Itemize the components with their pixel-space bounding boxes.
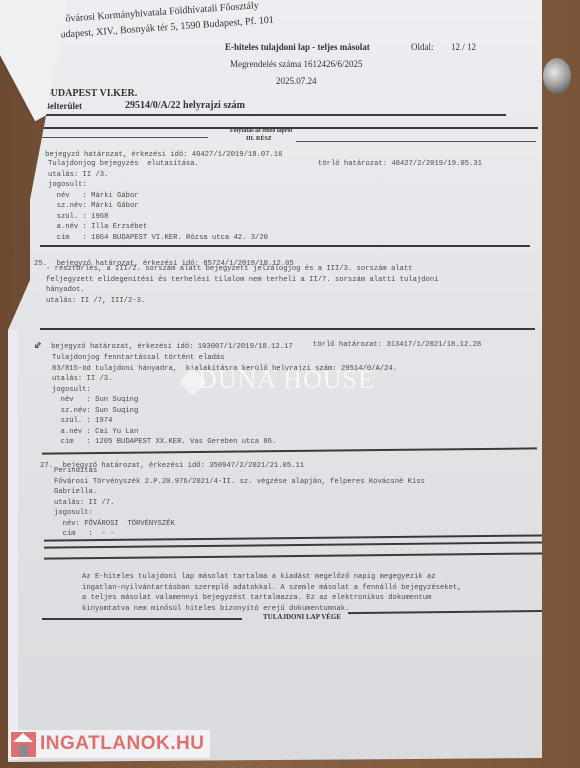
entry: ⬃ bejegyző határozat, érkezési idő: 1030…	[34, 335, 293, 353]
entry-line: feljegyzett elidegenítési és terhelési t…	[46, 275, 439, 286]
arrow-mark-icon: ⬃	[28, 149, 36, 159]
entry-line: utalás: II /7, III/2-3.	[46, 296, 439, 307]
ingatlanok-logo: INGATLANOK.HU	[10, 730, 210, 758]
section-name: III. RÉSZ	[246, 136, 272, 142]
entry-number: 25.	[34, 260, 47, 268]
watermark: DUNA HOUSE	[198, 365, 375, 395]
entry-line: - résztörlés, a III/2. sorszám alatt bej…	[46, 264, 439, 275]
entry-number: 27.	[40, 462, 53, 470]
entry-line: Fővárosi Törvényszék 2.P.20.976/2021/4-I…	[54, 477, 425, 488]
entry-line: név : Sun Suqing	[52, 395, 397, 406]
divider	[36, 114, 506, 116]
page-label: Oldal:	[411, 42, 434, 52]
divider	[44, 552, 554, 559]
document-page: Fővárosi Kormányhivatala Földhivatali Fő…	[8, 0, 542, 762]
document-date: 2025.07.24	[276, 76, 317, 86]
entry-line: jogosult:	[48, 180, 268, 191]
document-title: E-hiteles tulajdoni lap - teljes másolat	[225, 42, 370, 52]
footer-line: ingatlan-nyilvántartásban szereplő adato…	[82, 583, 462, 594]
entry-line: szül. : 1968	[48, 212, 268, 223]
area-type: Belterület	[44, 101, 82, 111]
entry-heading: bejegyző határozat, érkezési idő: 103007…	[51, 343, 293, 351]
entry-line: sz.név: Márki Gábor	[48, 201, 268, 212]
entry-line: Gabriella.	[54, 487, 425, 498]
district: BUDAPEST VI.KER.	[44, 88, 137, 99]
order-number: Megrendelés száma 1612426/6/2025	[230, 59, 362, 69]
logo-text: INGATLANOK.HU	[40, 733, 204, 755]
entry-body: Perindítás Fővárosi Törvényszék 2.P.20.9…	[54, 466, 425, 540]
arrow-mark-icon: ⬃	[34, 341, 42, 351]
entry-line: utalás: II /7.	[54, 498, 425, 509]
entry-line: név: FŐVÁROSI TÖRVÉNYSZÉK	[54, 519, 425, 530]
divider	[40, 245, 530, 247]
divider	[44, 541, 554, 548]
entry-line: a.név : Cai Yu Lan	[52, 427, 397, 438]
divider	[42, 618, 242, 620]
entry-heading: bejegyző határozat, érkezési idő: 40427/…	[45, 151, 282, 159]
entry-line: név : Márki Gábor	[48, 191, 268, 202]
divider	[38, 137, 208, 138]
deleting-decision: törlő határozat: 40427/2/2019/19.05.31	[318, 159, 482, 170]
entry-line: szül. : 1974	[52, 416, 397, 427]
entry-body: Tulajdonjog bejegyzés elutasítása. utalá…	[48, 159, 268, 243]
entry-line: hányadot.	[46, 285, 439, 296]
divider	[40, 328, 535, 330]
paper-edge	[8, 330, 18, 760]
entry-body: - résztörlés, a III/2. sorszám alatt bej…	[46, 264, 439, 306]
footer-line: Az E-hiteles tulajdoni lap másolat tarta…	[82, 572, 462, 583]
divider	[296, 141, 536, 142]
entry-line: cím : 1064 BUDAPEST VI.KER. Rózsa utca 4…	[48, 233, 268, 244]
entry-line: a.név : Illa Erzsébet	[48, 222, 268, 233]
entry-line: Tulajdonjog bejegyzés elutasítása.	[48, 159, 268, 170]
footer-notice: Az E-hiteles tulajdoni lap másolat tarta…	[82, 572, 462, 614]
entry-line: jogosult:	[54, 508, 425, 519]
entry-line: cím : 1205 BUDAPEST XX.KER. Vas Gereben …	[52, 437, 397, 448]
parcel-number: 29514/0/A/22 helyrajzi szám	[125, 100, 245, 111]
page-number: 12 / 12	[451, 42, 476, 52]
end-of-sheet-label: TULAJDONI LAP VÉGE	[263, 613, 341, 621]
section-continuation: Folytatás az előző lapról	[230, 128, 292, 134]
entry-line: Perindítás	[54, 466, 425, 477]
entry-line: sz.név: Sun Suqing	[52, 406, 397, 417]
deleting-decision: törlő határozat: 313417/1/2021/18.12.28	[313, 340, 481, 351]
entry-line: utalás: II /3.	[48, 170, 268, 181]
house-icon	[11, 732, 36, 757]
entry-line: Tulajdonjog fenntartással történt eladás	[52, 353, 397, 364]
footer-line: a teljes másolat valamennyi bejegyzést t…	[82, 593, 462, 604]
screw	[543, 58, 571, 94]
